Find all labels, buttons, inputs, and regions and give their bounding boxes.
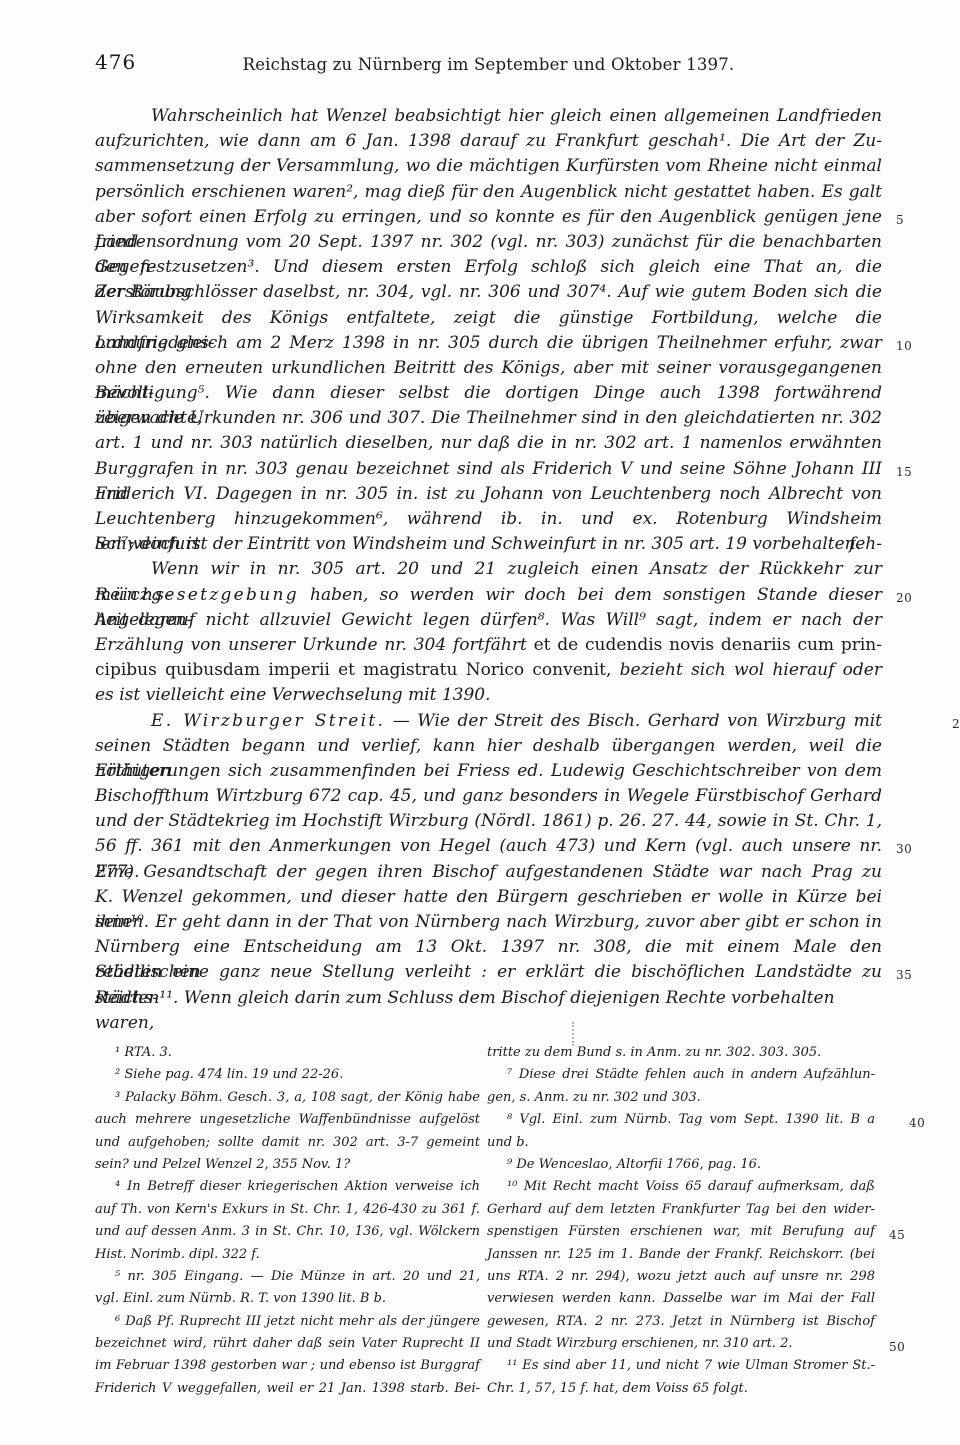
- text-line: gewesen, RTA. 2 nr. 273. Jetzt in Nürnbe…: [487, 1311, 875, 1333]
- text-line: ⁶ Daß Pf. Ruprecht III jetzt nicht mehr …: [95, 1311, 480, 1333]
- text-segment: aufzurichten, wie dann am 6 Jan. 1398 da…: [95, 131, 882, 151]
- text-line: ¹ RTA. 3.: [95, 1042, 480, 1064]
- text-segment: uns RTA. 2 nr. 294), wozu jetzt auch auf…: [487, 1269, 875, 1284]
- latin-quote-segment: et de cudendis novis denariis cum prin-: [534, 635, 882, 655]
- text-line: Wenn wir in nr. 305 art. 20 und 21 zugle…: [95, 557, 882, 582]
- text-segment: Wahrscheinlich hat Wenzel beabsichtigt h…: [151, 106, 882, 126]
- text-segment: Eine Gesandtschaft der gegen ihren Bisch…: [95, 862, 882, 882]
- text-line: Leuchtenberg hinzugekommen⁶, während ib.…: [95, 507, 882, 532]
- text-segment: tritte zu dem Bund s. in Anm. zu nr. 302…: [487, 1045, 821, 1060]
- text-line: und b.: [487, 1132, 875, 1154]
- text-line: cipibus quibusdam imperii et magistratu …: [95, 658, 882, 683]
- text-line: der Raubschlösser daselbst, nr. 304, vgl…: [95, 280, 882, 305]
- text-line: vgl. Einl. zum Nürnb. R. T. von 1390 lit…: [95, 1288, 480, 1310]
- text-line: gen, s. Anm. zu nr. 302 und 303.: [487, 1087, 875, 1109]
- body-text: Wahrscheinlich hat Wenzel beabsichtigt h…: [95, 104, 882, 1011]
- text-segment: ordnung gleich am 2 Merz 1398 in nr. 305…: [95, 333, 882, 353]
- text-line: Bischoffthum Wirtzburg 672 cap. 45, und …: [95, 784, 882, 809]
- text-segment: bezieht sich wol hierauf oder: [611, 660, 882, 680]
- text-line: ³ Palacky Böhm. Gesch. 3, a, 108 sagt, d…: [95, 1087, 480, 1109]
- text-line: ⁴ In Betreff dieser kriegerischen Aktion…: [95, 1176, 480, 1198]
- text-line: ohne den erneuten urkundlichen Beitritt …: [95, 356, 882, 381]
- text-segment: ⁸ Vgl. Einl. zum Nürnb. Tag vom Sept. 13…: [507, 1112, 875, 1127]
- text-line: städten¹¹. Wenn gleich darin zum Schluss…: [95, 986, 882, 1011]
- latin-quote-segment: cipibus quibusdam imperii et magistratu …: [95, 660, 611, 680]
- margin-line-number: 15: [896, 460, 912, 485]
- text-segment: auf Th. von Kern's Exkurs in St. Chr. 1,…: [95, 1202, 480, 1217]
- text-segment: städten¹¹. Wenn gleich darin zum Schluss…: [95, 988, 835, 1033]
- margin-line-number: 30: [896, 837, 912, 862]
- text-line: und aufgehoben; sollte damit nr. 302 art…: [95, 1132, 480, 1154]
- text-line: Gerhard auf dem letzten Frankfurter Tag …: [487, 1199, 875, 1221]
- text-segment: ¹⁰ Mit Recht macht Voiss 65 darauf aufme…: [507, 1179, 875, 1194]
- text-segment: und b.: [487, 1135, 529, 1150]
- text-segment: spenstigen Fürsten erschienen war, mit B…: [487, 1224, 875, 1239]
- text-line: mächtigung⁵. Wie dann dieser selbst die …: [95, 381, 882, 406]
- text-line: den festzusetzen³. Und diesem ersten Erf…: [95, 255, 882, 280]
- text-segment: Janssen nr. 125 im 1. Bande der Frankf. …: [487, 1247, 875, 1262]
- text-segment: gen, s. Anm. zu nr. 302 und 303.: [487, 1090, 701, 1105]
- text-line: spenstigen Fürsten erschienen war, mit B…: [487, 1221, 875, 1243]
- text-line: bezeichnet wird, rührt daher daß sein Va…: [95, 1333, 480, 1355]
- text-segment: ¹ RTA. 3.: [115, 1045, 172, 1060]
- margin-line-number: 25: [896, 712, 960, 737]
- text-line: sammensetzung der Versammlung, wo die mä…: [95, 154, 882, 179]
- text-line: im Februar 1398 gestorben war ; und eben…: [95, 1355, 480, 1377]
- text-segment: ⁵ nr. 305 Eingang. — Die Münze in art. 2…: [115, 1269, 480, 1284]
- text-segment: auch mehrere ungesetzliche Waffenbündnis…: [95, 1112, 480, 1127]
- text-line: Janssen nr. 125 im 1. Bande der Frankf. …: [487, 1244, 875, 1266]
- text-segment: gewesen, RTA. 2 nr. 273. Jetzt in Nürnbe…: [487, 1314, 875, 1329]
- text-line: K. Wenzel gekommen, und dieser hatte den…: [95, 885, 882, 910]
- text-line: Erläuterungen sich zusammenfinden bei Fr…: [95, 759, 882, 784]
- text-line: zeigen die Urkunden nr. 306 und 307. Die…: [95, 406, 882, 431]
- text-segment: persönlich erschienen waren², mag dieß f…: [95, 182, 882, 202]
- text-segment: Wenn wir in nr. 305 art. 20 und 21 zugle…: [151, 559, 882, 579]
- text-segment: verwiesen werden kann. Dasselbe war im M…: [487, 1291, 875, 1306]
- text-line: Eine Gesandtschaft der gegen ihren Bisch…: [95, 860, 882, 885]
- text-segment: Hist. Norimb. dipl. 322 f.: [95, 1247, 260, 1262]
- text-line: tritte zu dem Bund s. in Anm. zu nr. 302…: [487, 1042, 875, 1064]
- text-segment: heit darauf nicht allzuviel Gewicht lege…: [95, 610, 882, 630]
- text-line: Erzählung von unserer Urkunde nr. 304 fo…: [95, 633, 882, 658]
- text-segment: und der Städtekrieg im Hochstift Wirzbur…: [95, 811, 882, 831]
- margin-line-number: 45: [889, 1224, 905, 1246]
- text-segment: und Stadt Wirzburg erschienen, nr. 310 a…: [487, 1336, 793, 1351]
- text-segment: Friderich VI. Dagegen in nr. 305 in. ist…: [95, 484, 882, 504]
- text-segment: sammensetzung der Versammlung, wo die mä…: [95, 156, 882, 176]
- text-line: es ist vielleicht eine Verwechselung mit…: [95, 683, 882, 708]
- text-segment: ⁷ Diese drei Städte fehlen auch in ander…: [507, 1067, 875, 1082]
- letterspaced-segment: E. Wirzburger Streit.: [151, 711, 385, 731]
- text-segment: ¹¹ Es sind aber 11, und nicht 7 wie Ulma…: [507, 1358, 875, 1373]
- book-page: 476 Reichstag zu Nürnberg im September u…: [0, 0, 960, 1445]
- text-line: auf Th. von Kern's Exkurs in St. Chr. 1,…: [95, 1199, 480, 1221]
- text-line: Chr. 1, 57, 15 f. hat, dem Voiss 65 folg…: [487, 1378, 875, 1400]
- margin-line-number: 5: [896, 208, 904, 233]
- text-line: ⁸ Vgl. Einl. zum Nürnb. Tag vom Sept. 13…: [487, 1109, 875, 1131]
- text-line: Friderich VI. Dagegen in nr. 305 in. ist…: [95, 482, 882, 507]
- text-segment: und aufgehoben; sollte damit nr. 302 art…: [95, 1135, 480, 1150]
- text-line: und der Städtekrieg im Hochstift Wirzbur…: [95, 809, 882, 834]
- text-line: ⁹ De Wenceslao, Altorfii 1766, pag. 16.: [487, 1154, 875, 1176]
- text-line: 56 ff. 361 mit den Anmerkungen von Hegel…: [95, 834, 882, 859]
- text-line: ordnung gleich am 2 Merz 1398 in nr. 305…: [95, 331, 882, 356]
- text-segment: im Februar 1398 gestorben war ; und eben…: [95, 1358, 480, 1373]
- text-line: aufzurichten, wie dann am 6 Jan. 1398 da…: [95, 129, 882, 154]
- text-segment: ⁶ Daß Pf. Ruprecht III jetzt nicht mehr …: [115, 1314, 480, 1329]
- footnotes-left-column: ¹ RTA. 3.² Siehe pag. 474 lin. 19 und 22…: [95, 1042, 480, 1400]
- letterspaced-segment: münzgesetzgebung: [95, 585, 299, 605]
- text-segment: art. 1 und nr. 303 natürlich dieselben, …: [95, 433, 882, 453]
- text-line: friedensordnung vom 20 Sept. 1397 nr. 30…: [95, 230, 882, 255]
- text-line: ⁷ Diese drei Städte fehlen auch in ander…: [487, 1064, 875, 1086]
- margin-line-number: 35: [896, 963, 912, 988]
- text-line: Nürnberg eine Entscheidung am 13 Okt. 13…: [95, 935, 882, 960]
- text-segment: Chr. 1, 57, 15 f. hat, dem Voiss 65 folg…: [487, 1381, 748, 1396]
- text-segment: Gerhard auf dem letzten Frankfurter Tag …: [487, 1202, 875, 1217]
- text-line: aber sofort einen Erfolg zu erringen, un…: [95, 205, 882, 230]
- margin-line-number: 50: [889, 1336, 905, 1358]
- text-line: uns RTA. 2 nr. 294), wozu jetzt auch auf…: [487, 1266, 875, 1288]
- text-line: und Stadt Wirzburg erschienen, nr. 310 a…: [487, 1333, 875, 1355]
- text-line: seinen Städten begann und verlief, kann …: [95, 734, 882, 759]
- text-segment: es ist vielleicht eine Verwechselung mit…: [95, 685, 491, 705]
- margin-line-number: 10: [896, 334, 912, 359]
- text-segment: sein¹⁰. Er geht dann in der That von Nür…: [95, 912, 882, 932]
- text-segment: ⁴ In Betreff dieser kriegerischen Aktion…: [115, 1179, 480, 1194]
- text-segment: zeigen die Urkunden nr. 306 und 307. Die…: [95, 408, 882, 428]
- text-segment: Bischoffthum Wirtzburg 672 cap. 45, und …: [95, 786, 882, 806]
- margin-line-number: 40: [889, 1112, 925, 1134]
- text-segment: ² Siehe pag. 474 lin. 19 und 22-26.: [115, 1067, 343, 1082]
- text-segment: sein? und Pelzel Wenzel 2, 355 Nov. 1?: [95, 1157, 350, 1172]
- text-line: Hist. Norimb. dipl. 322 f.: [95, 1244, 480, 1266]
- text-line: ¹¹ Es sind aber 11, und nicht 7 wie Ulma…: [487, 1355, 875, 1377]
- text-segment: — Wie der Streit des Bisch. Gerhard von …: [385, 711, 882, 731]
- text-line: Burggrafen in nr. 303 genau bezeichnet s…: [95, 457, 882, 482]
- text-line: art. 1 und nr. 303 natürlich dieselben, …: [95, 431, 882, 456]
- text-line: E. Wirzburger Streit. — Wie der Streit d…: [95, 709, 882, 734]
- text-line: Friderich V weggefallen, weil er 21 Jan.…: [95, 1378, 480, 1400]
- text-segment: der Raubschlösser daselbst, nr. 304, vgl…: [95, 282, 882, 302]
- text-segment: ³ Palacky Böhm. Gesch. 3, a, 108 sagt, d…: [115, 1090, 480, 1105]
- text-line: persönlich erschienen waren², mag dieß f…: [95, 180, 882, 205]
- text-line: Wirksamkeit des Königs entfaltete, zeigt…: [95, 306, 882, 331]
- text-line: heit darauf nicht allzuviel Gewicht lege…: [95, 608, 882, 633]
- footnotes-right-column: tritte zu dem Bund s. in Anm. zu nr. 302…: [487, 1042, 875, 1400]
- text-segment: vgl. Einl. zum Nürnb. R. T. von 1390 lit…: [95, 1291, 386, 1306]
- text-line: Wahrscheinlich hat Wenzel beabsichtigt h…: [95, 104, 882, 129]
- margin-line-number: 20: [896, 586, 912, 611]
- text-line: Städten eine ganz neue Stellung verleiht…: [95, 960, 882, 985]
- text-line: münzgesetzgebung haben, so werden wir do…: [95, 583, 882, 608]
- text-line: len⁷; doch ist der Eintritt von Windshei…: [95, 532, 882, 557]
- text-line: auch mehrere ungesetzliche Waffenbündnis…: [95, 1109, 480, 1131]
- text-line: sein¹⁰. Er geht dann in der That von Nür…: [95, 910, 882, 935]
- text-line: ² Siehe pag. 474 lin. 19 und 22-26.: [95, 1064, 480, 1086]
- text-segment: Erläuterungen sich zusammenfinden bei Fr…: [95, 761, 882, 781]
- text-segment: Friderich V weggefallen, weil er 21 Jan.…: [95, 1381, 480, 1396]
- text-line: ¹⁰ Mit Recht macht Voiss 65 darauf aufme…: [487, 1176, 875, 1198]
- text-line: sein? und Pelzel Wenzel 2, 355 Nov. 1?: [95, 1154, 480, 1176]
- text-segment: Erzählung von unserer Urkunde nr. 304 fo…: [95, 635, 534, 655]
- text-segment: bezeichnet wird, rührt daher daß sein Va…: [95, 1336, 480, 1351]
- text-segment: len⁷; doch ist der Eintritt von Windshei…: [95, 534, 861, 554]
- text-segment: ⁹ De Wenceslao, Altorfii 1766, pag. 16.: [507, 1157, 761, 1172]
- running-title: Reichstag zu Nürnberg im September und O…: [95, 55, 882, 74]
- text-line: und auf dessen Anm. 3 in St. Chr. 10, 13…: [95, 1221, 480, 1243]
- text-segment: und auf dessen Anm. 3 in St. Chr. 10, 13…: [95, 1224, 480, 1239]
- text-line: ⁵ nr. 305 Eingang. — Die Münze in art. 2…: [95, 1266, 480, 1288]
- text-line: verwiesen werden kann. Dasselbe war im M…: [487, 1288, 875, 1310]
